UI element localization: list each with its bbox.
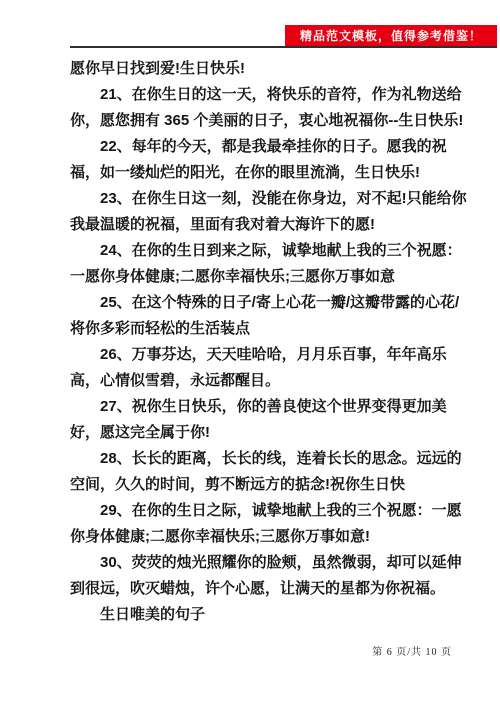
list-item: 23、在你生日这一刻，没能在你身边，对不起!只能给你我最温暖的祝福，里面有我对着… xyxy=(70,186,470,238)
list-item: 24、在你的生日到来之际，诚挚地献上我的三个祝愿：一愿你身体健康;二愿你幸福快乐… xyxy=(70,238,470,290)
intro-line: 愿你早日找到爱!生日快乐! xyxy=(70,56,470,82)
list-item: 29、在你的生日之际，诚挚地献上我的三个祝愿：一愿你身体健康;二愿你幸福快乐;三… xyxy=(70,498,470,550)
list-item: 21、在你生日的这一天，将快乐的音符，作为礼物送给你，愿您拥有 365 个美丽的… xyxy=(70,82,470,134)
list-item: 28、长长的距离，长长的线，连着长长的思念。远远的空间，久久的时间，剪不断远方的… xyxy=(70,446,470,498)
list-item: 22、每年的今天，都是我最牵挂你的日子。愿我的祝福，如一缕灿烂的阳光，在你的眼里… xyxy=(70,134,470,186)
list-item: 30、荧荧的烛光照耀你的脸颊，虽然微弱，却可以延伸到很远，吹灭蜡烛，许个心愿，让… xyxy=(70,550,470,602)
list-item: 26、万事芬达，天天哇哈哈，月月乐百事，年年高乐高，心情似雪碧，永远都醒目。 xyxy=(70,342,470,394)
header-badge: 精品范文模板，值得参考借鉴！ xyxy=(285,25,497,46)
header-divider xyxy=(70,46,497,48)
document-page: 精品范文模板，值得参考借鉴！ 愿你早日找到爱!生日快乐! 21、在你生日的这一天… xyxy=(0,0,500,707)
list-item: 27、祝你生日快乐，你的善良使这个世界变得更加美好，愿这完全属于你! xyxy=(70,394,470,446)
closing-line: 生日唯美的句子 xyxy=(70,602,470,628)
document-text: 愿你早日找到爱!生日快乐! 21、在你生日的这一天，将快乐的音符，作为礼物送给你… xyxy=(70,56,470,628)
page-number: 第 6 页/共 10 页 xyxy=(372,643,452,658)
list-item: 25、在这个特殊的日子/寄上心花一瓣/这瓣带露的心花/将你多彩而轻松的生活装点 xyxy=(70,290,470,342)
